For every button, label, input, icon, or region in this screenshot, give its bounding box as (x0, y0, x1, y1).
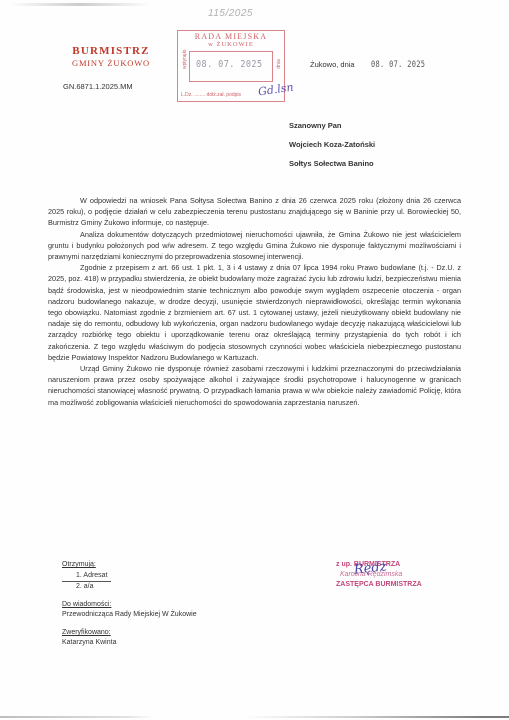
scanned-letter-page: 115/2025 BURMISTRZ GMINY ŻUKOWO GN.6871.… (0, 0, 509, 720)
addressee-name: Wojciech Koza-Zatoński (289, 135, 375, 154)
body-paragraph: Analiza dokumentów dotyczących przedmiot… (48, 229, 461, 263)
handwritten-registry-number: 115/2025 (208, 8, 253, 19)
cc-label: Do wiadomości: (62, 600, 197, 610)
stamp-date-box: 08. 07. 2025 (189, 51, 273, 82)
letter-date: 08. 07. 2025 (371, 60, 425, 70)
body-paragraph: Zgodnie z przepisem z art. 66 ust. 1 pkt… (48, 262, 461, 363)
scan-edge-top (10, 3, 150, 6)
sender-letterhead: BURMISTRZ GMINY ŻUKOWO (66, 45, 156, 69)
scan-edge-bottom (0, 716, 509, 718)
recipient-item: 2. a/a (62, 582, 197, 592)
addressee-block: Szanowny Pan Wojciech Koza-Zatoński Sołt… (289, 116, 375, 173)
recipients-list: 1. Adresat 2. a/a (62, 571, 197, 592)
addressee-salutation: Szanowny Pan (289, 116, 375, 135)
verified-by: Katarzyna Kwinta (62, 638, 197, 648)
cc-recipient: Przewodnicząca Rady Miejskiej W Żukowie (62, 610, 197, 620)
sender-subtitle: GMINY ŻUKOWO (66, 58, 156, 69)
recipient-item: 1. Adresat (62, 571, 111, 582)
signatory-position: ZASTĘPCA BURMISTRZA (336, 580, 422, 590)
verified-label: Zweryfikowano: (62, 628, 197, 638)
stamp-side-label-received: wpłynęło (182, 51, 188, 69)
letter-body: W odpowiedzi na wniosek Pana Sołtysa Soł… (48, 195, 461, 408)
stamp-footer: L.Dz. ........ dołż.zał. podpis (181, 92, 241, 98)
stamp-signature: Gd.lsn (257, 81, 294, 99)
stamp-subtitle: w ŻUKOWIE (178, 41, 284, 49)
place-label: Żukowo, dnia (310, 60, 355, 69)
body-paragraph: Urząd Gminy Żukowo nie dysponuje również… (48, 363, 461, 408)
distribution-list: Otrzymują: 1. Adresat 2. a/a Do wiadomoś… (62, 560, 197, 648)
place-and-date: Żukowo, dnia 08. 07. 2025 (310, 60, 437, 70)
handwritten-signature: Rędz (354, 562, 388, 575)
sender-title: BURMISTRZ (66, 45, 156, 58)
reference-number: GN.6871.1.2025.MM (63, 82, 133, 91)
signature-stamp: z up. BURMISTRZA Karolina Rędzimska ZAST… (336, 560, 422, 590)
stamp-side-label-day: dnia (276, 59, 282, 69)
received-stamp: RADA MIEJSKA w ŻUKOWIE wpłynęło 08. 07. … (177, 30, 285, 102)
body-paragraph: W odpowiedzi na wniosek Pana Sołtysa Soł… (48, 195, 461, 229)
addressee-position: Sołtys Sołectwa Banino (289, 154, 375, 173)
recipients-label: Otrzymują: (62, 560, 197, 570)
stamp-date: 08. 07. 2025 (196, 59, 263, 70)
stamp-title: RADA MIEJSKA (178, 33, 284, 41)
